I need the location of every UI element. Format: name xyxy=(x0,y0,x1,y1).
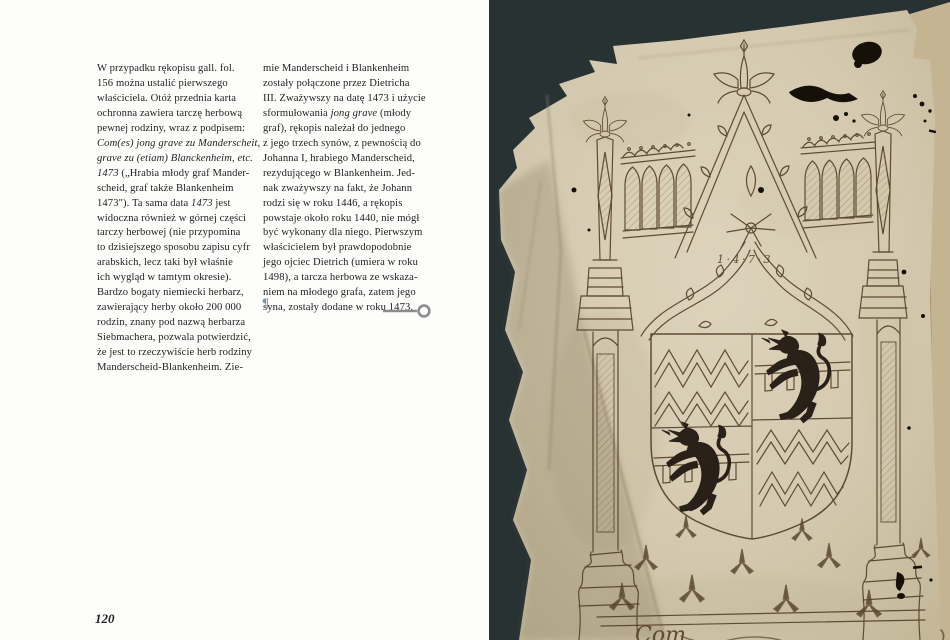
book-page-left: W przypadku rękopisu gall. fol.156 można… xyxy=(0,0,489,640)
manuscript-photo: 1·4·7·3 xyxy=(489,0,950,640)
text-column-1: W przypadku rękopisu gall. fol.156 można… xyxy=(97,62,263,376)
page-number: 120 xyxy=(95,611,115,627)
paragraph-end-pilcrow: ¶ xyxy=(262,296,269,310)
ornament-ring-icon xyxy=(419,306,430,317)
svg-text:Com: Com xyxy=(635,623,686,640)
text-column-2: mie Manderscheid i Blankenheimzostały po… xyxy=(263,62,447,316)
manuscript-illustration: 1·4·7·3 xyxy=(489,0,950,640)
end-of-article-ornament xyxy=(381,303,433,319)
